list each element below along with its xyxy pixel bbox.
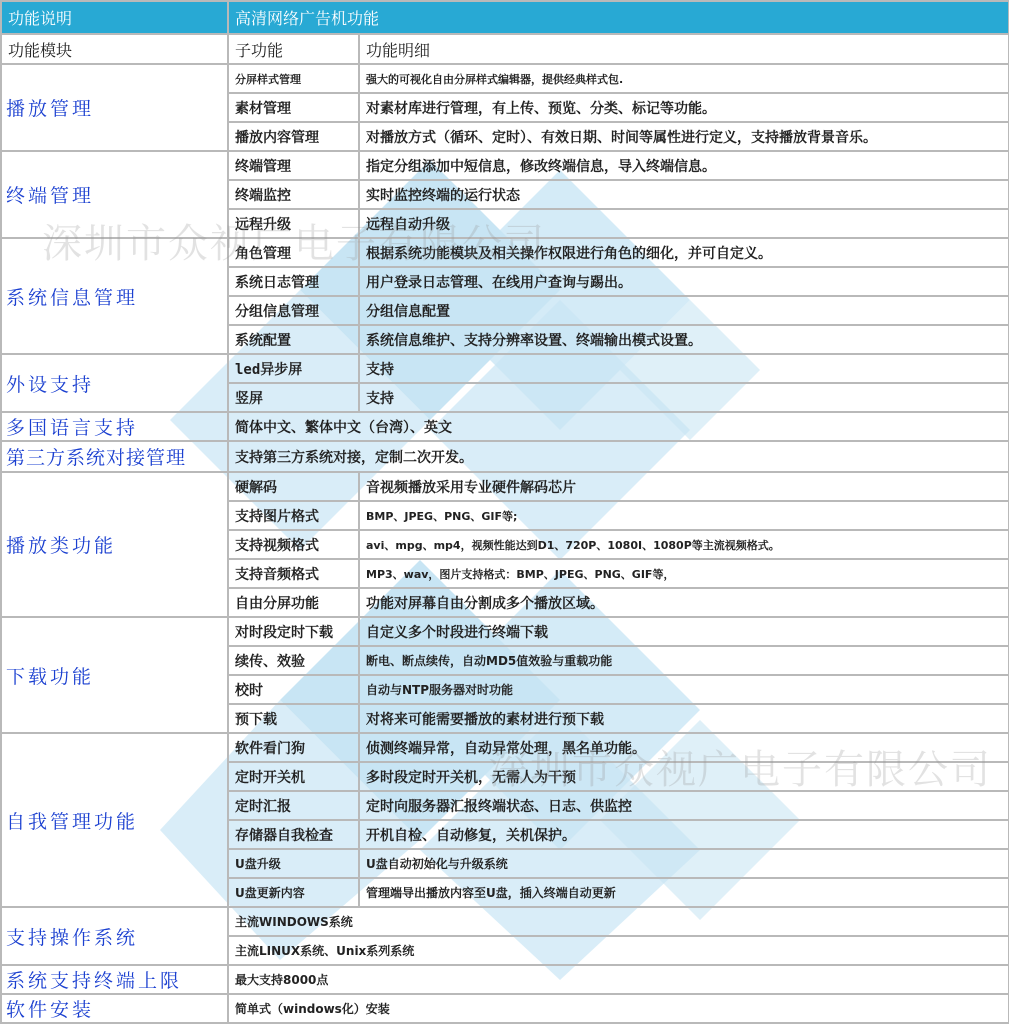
sub-function-cell: 分屏样式管理 bbox=[228, 64, 359, 93]
detail-cell: 用户登录日志管理、在线用户查询与踢出。 bbox=[359, 267, 1009, 296]
module-cell: 下载功能 bbox=[1, 617, 228, 733]
sub-function-cell: 校时 bbox=[228, 675, 359, 704]
detail-cell: BMP、JPEG、PNG、GIF等; bbox=[359, 501, 1009, 530]
sub-function-cell: 预下载 bbox=[228, 704, 359, 733]
sub-function-cell: 支持视频格式 bbox=[228, 530, 359, 559]
detail-cell: 系统信息维护、支持分辨率设置、终端输出模式设置。 bbox=[359, 325, 1009, 354]
table-row: 外设支持 led异步屏 支持 bbox=[1, 354, 1009, 383]
detail-cell: 支持第三方系统对接，定制二次开发。 bbox=[228, 441, 1009, 472]
table-row: 支持操作系统 主流WINDOWS系统 bbox=[1, 907, 1009, 936]
table-row: 软件安装 简单式（windows化）安装 bbox=[1, 994, 1009, 1023]
sub-function-cell: 支持图片格式 bbox=[228, 501, 359, 530]
table-row: 多国语言支持 简体中文、繁体中文（台湾）、英文 bbox=[1, 412, 1009, 441]
module-cell: 终端管理 bbox=[1, 151, 228, 238]
detail-cell: 实时监控终端的运行状态 bbox=[359, 180, 1009, 209]
sub-function-cell: 终端监控 bbox=[228, 180, 359, 209]
table-header-row: 功能说明 高清网络广告机功能 bbox=[1, 1, 1009, 34]
module-cell: 第三方系统对接管理 bbox=[1, 441, 228, 472]
sub-function-cell: 存储器自我检查 bbox=[228, 820, 359, 849]
sub-function-cell: 定时汇报 bbox=[228, 791, 359, 820]
module-cell: 播放管理 bbox=[1, 64, 228, 151]
detail-cell: 简体中文、繁体中文（台湾）、英文 bbox=[228, 412, 1009, 441]
sub-function-cell: led异步屏 bbox=[228, 354, 359, 383]
sub-function-cell: 软件看门狗 bbox=[228, 733, 359, 762]
sub-function-cell: 系统日志管理 bbox=[228, 267, 359, 296]
detail-cell: MP3、wav，图片支持格式：BMP、JPEG、PNG、GIF等， bbox=[359, 559, 1009, 588]
table-row: 下载功能 对时段定时下载 自定义多个时段进行终端下载 bbox=[1, 617, 1009, 646]
sub-function-cell: 硬解码 bbox=[228, 472, 359, 501]
detail-cell: 断电、断点续传，自动MD5值效验与重载功能 bbox=[359, 646, 1009, 675]
detail-cell: U盘自动初始化与升级系统 bbox=[359, 849, 1009, 878]
module-cell: 播放类功能 bbox=[1, 472, 228, 617]
sub-function-cell: 远程升级 bbox=[228, 209, 359, 238]
detail-cell: 支持 bbox=[359, 383, 1009, 412]
table-row: 终端管理 终端管理 指定分组添加中短信息，修改终端信息，导入终端信息。 bbox=[1, 151, 1009, 180]
detail-cell: 自定义多个时段进行终端下载 bbox=[359, 617, 1009, 646]
module-cell: 系统信息管理 bbox=[1, 238, 228, 354]
feature-spec-table: 功能说明 高清网络广告机功能 功能模块 子功能 功能明细 播放管理 分屏样式管理… bbox=[0, 0, 1009, 1024]
detail-cell: avi、mpg、mp4，视频性能达到D1、720P、1080I、1080P等主流… bbox=[359, 530, 1009, 559]
detail-cell: 功能对屏幕自由分割成多个播放区域。 bbox=[359, 588, 1009, 617]
sub-function-cell: 支持音频格式 bbox=[228, 559, 359, 588]
sub-function-cell: U盘更新内容 bbox=[228, 878, 359, 907]
sub-function-cell: 分组信息管理 bbox=[228, 296, 359, 325]
subheader-sub-function: 子功能 bbox=[228, 34, 359, 64]
detail-cell: 侦测终端异常，自动异常处理，黑名单功能。 bbox=[359, 733, 1009, 762]
detail-cell: 对播放方式（循环、定时）、有效日期、时间等属性进行定义，支持播放背景音乐。 bbox=[359, 122, 1009, 151]
table-row: 系统支持终端上限 最大支持8000点 bbox=[1, 965, 1009, 994]
table-subheader-row: 功能模块 子功能 功能明细 bbox=[1, 34, 1009, 64]
table-row: 自我管理功能 软件看门狗 侦测终端异常，自动异常处理，黑名单功能。 bbox=[1, 733, 1009, 762]
detail-cell: 强大的可视化自由分屏样式编辑器，提供经典样式包. bbox=[359, 64, 1009, 93]
sub-function-cell: 竖屏 bbox=[228, 383, 359, 412]
sub-function-cell: 播放内容管理 bbox=[228, 122, 359, 151]
sub-function-cell: 自由分屏功能 bbox=[228, 588, 359, 617]
detail-cell: 对将来可能需要播放的素材进行预下载 bbox=[359, 704, 1009, 733]
subheader-detail: 功能明细 bbox=[359, 34, 1009, 64]
detail-cell: 主流LINUX系统、Unix系列系统 bbox=[228, 936, 1009, 965]
sub-function-cell: 终端管理 bbox=[228, 151, 359, 180]
subheader-module: 功能模块 bbox=[1, 34, 228, 64]
header-product-title: 高清网络广告机功能 bbox=[228, 1, 1009, 34]
detail-cell: 指定分组添加中短信息，修改终端信息，导入终端信息。 bbox=[359, 151, 1009, 180]
detail-cell: 最大支持8000点 bbox=[228, 965, 1009, 994]
detail-cell: 简单式（windows化）安装 bbox=[228, 994, 1009, 1023]
detail-cell: 支持 bbox=[359, 354, 1009, 383]
detail-cell: 管理端导出播放内容至U盘，插入终端自动更新 bbox=[359, 878, 1009, 907]
module-cell: 多国语言支持 bbox=[1, 412, 228, 441]
sub-function-cell: 续传、效验 bbox=[228, 646, 359, 675]
sub-function-cell: 对时段定时下载 bbox=[228, 617, 359, 646]
detail-cell: 远程自动升级 bbox=[359, 209, 1009, 238]
module-cell: 自我管理功能 bbox=[1, 733, 228, 907]
detail-cell: 开机自检、自动修复，关机保护。 bbox=[359, 820, 1009, 849]
table-row: 播放管理 分屏样式管理 强大的可视化自由分屏样式编辑器，提供经典样式包. bbox=[1, 64, 1009, 93]
sub-function-cell: 定时开关机 bbox=[228, 762, 359, 791]
table-row: 第三方系统对接管理 支持第三方系统对接，定制二次开发。 bbox=[1, 441, 1009, 472]
detail-cell: 音视频播放采用专业硬件解码芯片 bbox=[359, 472, 1009, 501]
sub-function-cell: 素材管理 bbox=[228, 93, 359, 122]
module-cell: 软件安装 bbox=[1, 994, 228, 1023]
table-row: 系统信息管理 角色管理 根据系统功能模块及相关操作权限进行角色的细化，并可自定义… bbox=[1, 238, 1009, 267]
detail-cell: 分组信息配置 bbox=[359, 296, 1009, 325]
detail-cell: 主流WINDOWS系统 bbox=[228, 907, 1009, 936]
module-cell: 系统支持终端上限 bbox=[1, 965, 228, 994]
detail-cell: 根据系统功能模块及相关操作权限进行角色的细化，并可自定义。 bbox=[359, 238, 1009, 267]
sub-function-cell: 角色管理 bbox=[228, 238, 359, 267]
detail-cell: 自动与NTP服务器对时功能 bbox=[359, 675, 1009, 704]
header-feature-description: 功能说明 bbox=[1, 1, 228, 34]
detail-cell: 对素材库进行管理，有上传、预览、分类、标记等功能。 bbox=[359, 93, 1009, 122]
module-cell: 支持操作系统 bbox=[1, 907, 228, 965]
sub-function-cell: U盘升级 bbox=[228, 849, 359, 878]
sub-function-cell: 系统配置 bbox=[228, 325, 359, 354]
detail-cell: 多时段定时开关机，无需人为干预 bbox=[359, 762, 1009, 791]
table-row: 播放类功能 硬解码 音视频播放采用专业硬件解码芯片 bbox=[1, 472, 1009, 501]
detail-cell: 定时向服务器汇报终端状态、日志、供监控 bbox=[359, 791, 1009, 820]
module-cell: 外设支持 bbox=[1, 354, 228, 412]
